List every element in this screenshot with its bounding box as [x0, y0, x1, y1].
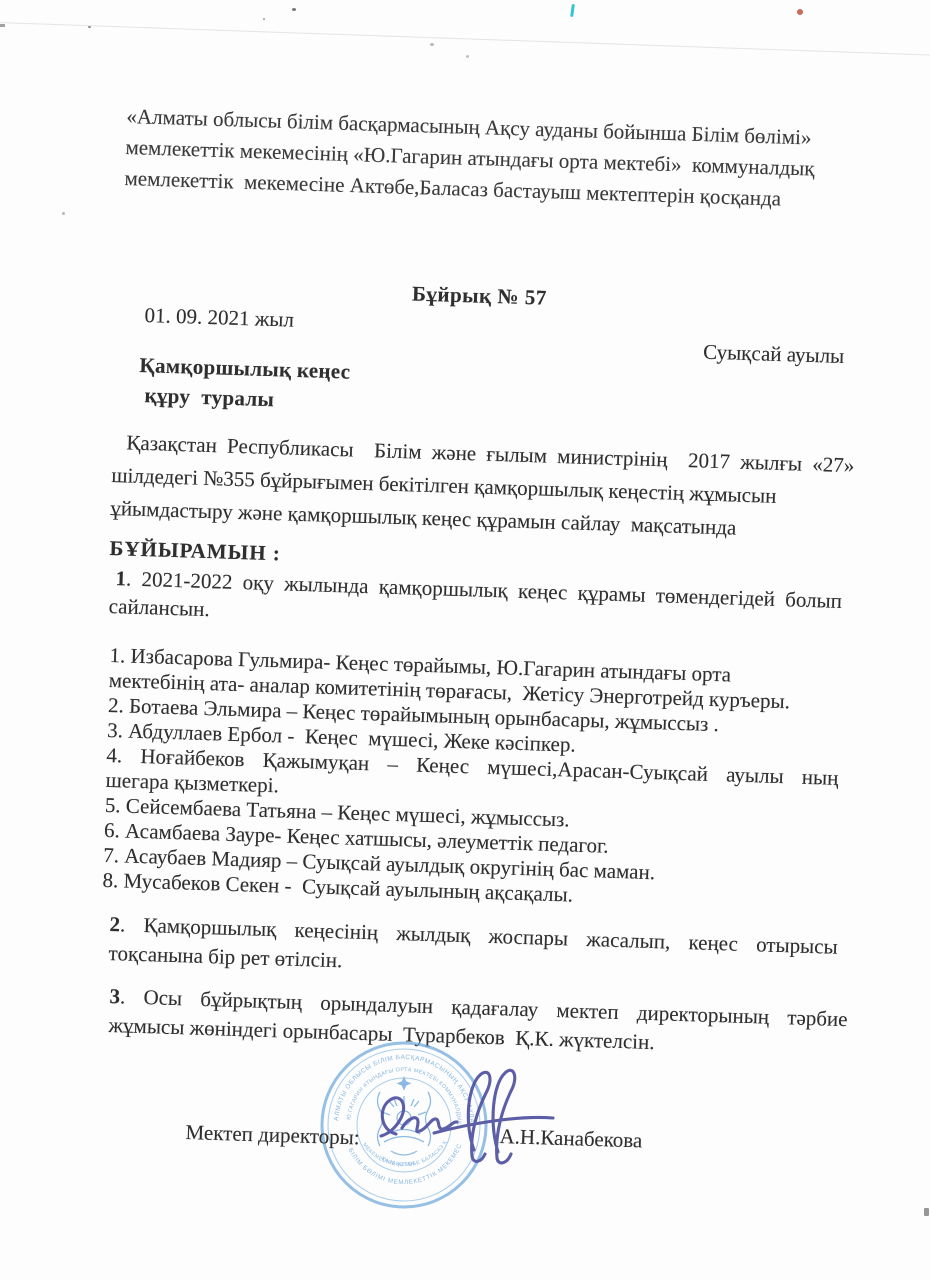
dust-speck	[466, 55, 469, 58]
point-number: 2	[109, 912, 120, 936]
edge-mark	[924, 1208, 929, 1216]
decree-point-1: 1. 2021-2022 оқу жылында қамқоршылық кең…	[108, 564, 859, 644]
dust-speck	[292, 8, 296, 11]
cyan-ink-speck	[570, 4, 575, 17]
council-members-list: 1. Избасарова Гульмира- Кеңес төрайымы, …	[102, 643, 861, 916]
resolution-word: БҰЙЫРАМЫН :	[109, 536, 281, 566]
dust-speck	[62, 212, 65, 215]
dust-speck	[430, 43, 434, 46]
handwritten-signature	[368, 1058, 568, 1178]
edge-mark	[0, 24, 5, 27]
dust-speck	[263, 18, 265, 20]
letterhead-paragraph: «Алматы облысы білім басқармасының Ақсу …	[124, 101, 859, 217]
red-ink-speck	[797, 9, 803, 15]
scanner-edge-line	[0, 22, 930, 56]
signature-name: А.Н.Канабекова	[499, 1124, 642, 1153]
order-subject: Қамқоршылық кеңес құру туралы	[138, 350, 351, 417]
decree-point-2: 2. Қамқоршылық кеңесінің жылдық жоспары …	[108, 910, 857, 991]
signature-label: Мектеп директоры:	[185, 1120, 360, 1150]
point-number: 1	[115, 566, 126, 590]
point-number: 3	[109, 984, 120, 1008]
dust-speck	[88, 26, 91, 28]
signature-strokes	[368, 1058, 568, 1178]
scanned-order-document: «Алматы облысы білім басқармасының Ақсу …	[0, 0, 930, 1280]
intro-paragraph: Қазақстан Республикасы Білім және ғылым …	[110, 426, 861, 548]
